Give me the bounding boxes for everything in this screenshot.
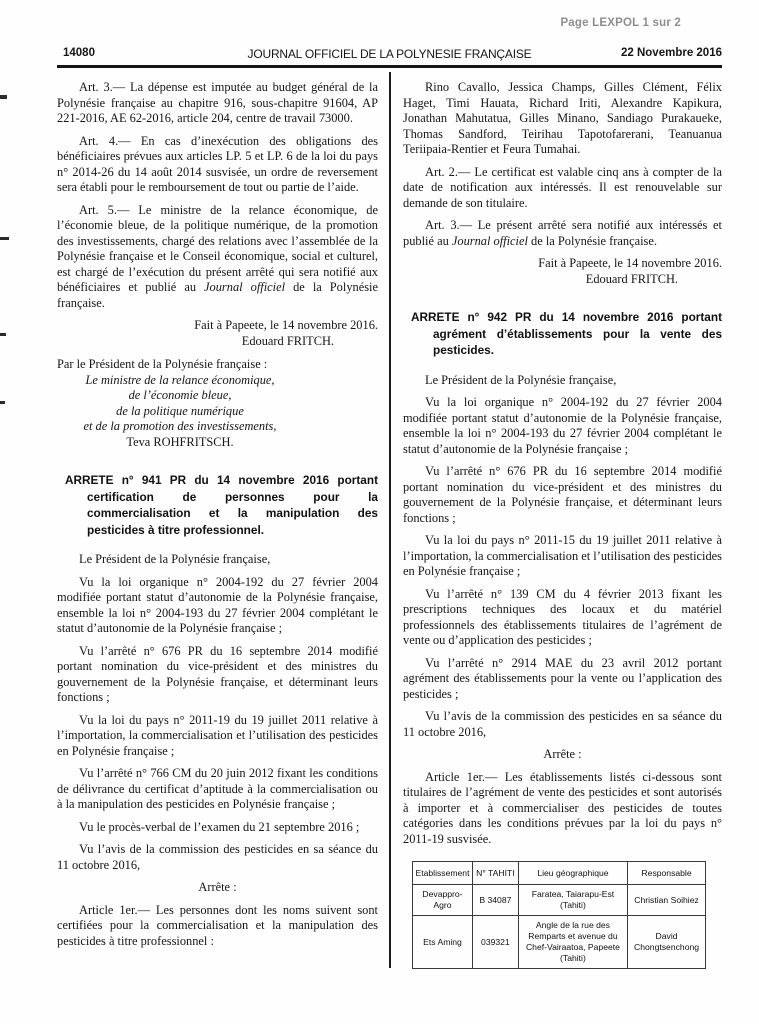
signature-name: Edouard FRITCH. bbox=[403, 272, 722, 288]
countersign-line: Le ministre de la relance économique, bbox=[57, 373, 378, 389]
vu-paragraph: Vu l’avis de la commission des pesticide… bbox=[57, 842, 378, 873]
right-column: Rino Cavallo, Jessica Champs, Gilles Clé… bbox=[403, 80, 722, 969]
vu-paragraph: Vu l’avis de la commission des pesticide… bbox=[403, 709, 722, 740]
journal-officiel-page: Page LEXPOL 1 sur 2 14080 JOURNAL OFFICI… bbox=[0, 0, 759, 1024]
vu-paragraph: Vu l’arrêté n° 766 CM du 20 juin 2012 fi… bbox=[57, 766, 378, 813]
arrete-941-heading: ARRETE n° 941 PR du 14 novembre 2016 por… bbox=[57, 472, 378, 538]
col-header-etablissement: Etablissement bbox=[413, 862, 473, 885]
cell-etablissement: Ets Aming bbox=[413, 916, 473, 969]
cell-lieu: Angle de la rue des Remparts et avenue d… bbox=[518, 916, 627, 969]
col-header-responsable: Responsable bbox=[628, 862, 706, 885]
countersign-signer: Teva ROHFRITSCH. bbox=[57, 435, 378, 451]
lexpol-page-indicator: Page LEXPOL 1 sur 2 bbox=[560, 17, 681, 29]
art3-paragraph: Art. 3.— La dépense est imputée au budge… bbox=[57, 80, 378, 127]
signature-block-942: Fait à Papeete, le 14 novembre 2016. Edo… bbox=[403, 256, 722, 287]
cell-etablissement: Devappro-Agro bbox=[413, 885, 473, 916]
signature-place-date: Fait à Papeete, le 14 novembre 2016. bbox=[403, 256, 722, 272]
art3-text-end: de la Polynésie française. bbox=[528, 234, 657, 248]
countersign-line: et de la promotion des investissements, bbox=[57, 419, 378, 435]
certified-names-paragraph: Rino Cavallo, Jessica Champs, Gilles Clé… bbox=[403, 80, 722, 158]
vu-paragraph: Vu l’arrêté n° 2914 MAE du 23 avril 2012… bbox=[403, 656, 722, 703]
vu-paragraph: Vu la loi organique n° 2004-192 du 27 fé… bbox=[403, 395, 722, 457]
art5-paragraph: Art. 5.— Le ministre de la relance écono… bbox=[57, 203, 378, 312]
cell-responsable: David Chongtsenchong bbox=[628, 916, 706, 969]
cell-n-tahiti: B 34087 bbox=[472, 885, 518, 916]
cell-n-tahiti: 039321 bbox=[472, 916, 518, 969]
scan-artifact bbox=[0, 333, 6, 336]
header-rule bbox=[57, 65, 722, 68]
vu-paragraph: Vu la loi du pays n° 2011-15 du 19 juill… bbox=[403, 533, 722, 580]
vu-paragraph: Vu la loi du pays n° 2011-19 du 19 juill… bbox=[57, 713, 378, 760]
president-line: Le Président de la Polynésie française, bbox=[403, 373, 722, 389]
countersign-intro: Par le Président de la Polynésie françai… bbox=[57, 357, 378, 373]
table-row: Ets Aming 039321 Angle de la rue des Rem… bbox=[413, 916, 706, 969]
establishments-table: Etablissement N° TAHITI Lieu géographiqu… bbox=[412, 861, 706, 969]
president-line: Le Président de la Polynésie française, bbox=[57, 552, 378, 568]
vu-paragraph: Vu le procès-verbal de l’examen du 21 se… bbox=[57, 820, 378, 836]
vu-paragraph: Vu l’arrêté n° 139 CM du 4 février 2013 … bbox=[403, 587, 722, 649]
vu-paragraph: Vu l’arrêté n° 676 PR du 16 septembre 20… bbox=[57, 644, 378, 706]
col-header-lieu: Lieu géographique bbox=[518, 862, 627, 885]
countersign-line: de la politique numérique bbox=[57, 404, 378, 420]
journal-officiel-italic: Journal officiel bbox=[452, 234, 528, 248]
arrete-label: Arrête : bbox=[403, 747, 722, 763]
cell-responsable: Christian Soihiez bbox=[628, 885, 706, 916]
article1-paragraph: Article 1er.— Les personnes dont les nom… bbox=[57, 903, 378, 950]
countersign-block: Par le Président de la Polynésie françai… bbox=[57, 357, 378, 450]
countersign-line: de l’économie bleue, bbox=[57, 388, 378, 404]
signature-place-date: Fait à Papeete, le 14 novembre 2016. bbox=[57, 318, 378, 334]
arrete-label: Arrête : bbox=[57, 880, 378, 896]
scan-artifact bbox=[0, 95, 7, 99]
signature-block-941: Fait à Papeete, le 14 novembre 2016. Edo… bbox=[57, 318, 378, 349]
art3-paragraph: Art. 3.— Le présent arrêté sera notifié … bbox=[403, 218, 722, 249]
vu-paragraph: Vu l’arrêté n° 676 PR du 16 septembre 20… bbox=[403, 464, 722, 526]
article1-paragraph: Article 1er.— Les établissements listés … bbox=[403, 770, 722, 848]
two-column-body: Art. 3.— La dépense est imputée au budge… bbox=[57, 80, 722, 969]
masthead: 14080 JOURNAL OFFICIEL DE LA POLYNESIE F… bbox=[57, 47, 722, 63]
scan-artifact bbox=[0, 401, 5, 404]
table-header-row: Etablissement N° TAHITI Lieu géographiqu… bbox=[413, 862, 706, 885]
col-header-n-tahiti: N° TAHITI bbox=[472, 862, 518, 885]
signature-name: Edouard FRITCH. bbox=[57, 334, 378, 350]
left-column: Art. 3.— La dépense est imputée au budge… bbox=[57, 80, 378, 969]
scan-artifact bbox=[0, 237, 9, 240]
cell-lieu: Faratea, Taiarapu-Est (Tahiti) bbox=[518, 885, 627, 916]
art4-paragraph: Art. 4.— En cas d’inexécution des obliga… bbox=[57, 134, 378, 196]
vu-paragraph: Vu la loi organique n° 2004-192 du 27 fé… bbox=[57, 575, 378, 637]
journal-officiel-italic: Journal officiel bbox=[204, 280, 285, 294]
table-row: Devappro-Agro B 34087 Faratea, Taiarapu-… bbox=[413, 885, 706, 916]
art2-paragraph: Art. 2.— Le certificat est valable cinq … bbox=[403, 165, 722, 212]
issue-date: 22 Novembre 2016 bbox=[621, 47, 722, 59]
arrete-942-heading: ARRETE n° 942 PR du 14 novembre 2016 por… bbox=[403, 309, 722, 359]
